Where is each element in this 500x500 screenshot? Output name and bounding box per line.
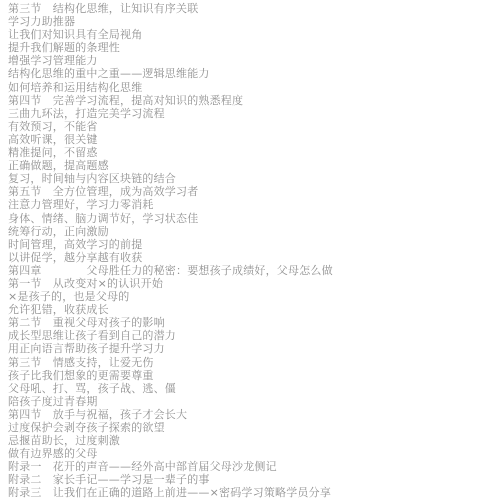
toc-line: 身体、情绪、脑力调节好，学习状态佳: [8, 212, 494, 225]
toc-line: 正确做题，提高题感: [8, 159, 494, 172]
toc-line: 用正向语言帮助孩子提升学习力: [8, 342, 494, 355]
toc-line: 有效预习，不能省: [8, 120, 494, 133]
toc-line: 统筹行动，正向激励: [8, 225, 494, 238]
toc-line: 第三节 情感支持，让爱无伤: [8, 356, 494, 369]
toc-line: 附录三 让我们在正确的道路上前进——×密码学习策略学员分享: [8, 486, 494, 499]
table-of-contents: 第三节 结构化思维，让知识有序关联学习力助推器让我们对知识具有全局视角提升我们解…: [0, 0, 500, 500]
toc-line: 时间管理，高效学习的前提: [8, 238, 494, 251]
toc-line: 三曲九环法，打造完美学习流程: [8, 107, 494, 120]
toc-line: ×是孩子的，也是父母的: [8, 290, 494, 303]
toc-line: 父母吼、打、骂，孩子战、逃、僵: [8, 382, 494, 395]
toc-line: 忌揠苗助长，过度刺激: [8, 434, 494, 447]
toc-line: 第四节 完善学习流程，提高对知识的熟悉程度: [8, 94, 494, 107]
toc-line: 结构化思维的重中之重——逻辑思维能力: [8, 67, 494, 80]
toc-line: 附录二 家长手记——学习是一辈子的事: [8, 473, 494, 486]
toc-line: 第二节 重视父母对孩子的影响: [8, 316, 494, 329]
toc-line: 第四节 放手与祝福，孩子才会长大: [8, 408, 494, 421]
toc-line: 精准提问，不留惑: [8, 146, 494, 159]
toc-line: 复习，时间轴与内容区块链的结合: [8, 172, 494, 185]
toc-line: 附录一 花开的声音——经外高中部首届父母沙龙侧记: [8, 460, 494, 473]
toc-line: 让我们对知识具有全局视角: [8, 28, 494, 41]
toc-line: 第五节 全方位管理，成为高效学习者: [8, 185, 494, 198]
toc-line: 增强学习管理能力: [8, 54, 494, 67]
toc-line: 第三节 结构化思维，让知识有序关联: [8, 2, 494, 15]
toc-line: 如何培养和运用结构化思维: [8, 81, 494, 94]
document-page: 第三节 结构化思维，让知识有序关联学习力助推器让我们对知识具有全局视角提升我们解…: [0, 0, 500, 500]
toc-line: 过度保护会剥夺孩子探索的欲望: [8, 421, 494, 434]
toc-line: 陪孩子度过青春期: [8, 395, 494, 408]
toc-line: 注意力管理好，学习力零消耗: [8, 198, 494, 211]
toc-line: 成长型思维让孩子看到自己的潜力: [8, 329, 494, 342]
toc-line: 第一节 从改变对×的认识开始: [8, 277, 494, 290]
toc-line: 高效听课，很关键: [8, 133, 494, 146]
toc-line: 做有边界感的父母: [8, 447, 494, 460]
toc-line: 孩子比我们想象的更需要尊重: [8, 369, 494, 382]
toc-line: 以讲促学，越分享越有收获: [8, 251, 494, 264]
toc-line: 允许犯错，收获成长: [8, 303, 494, 316]
toc-line: 学习力助推器: [8, 15, 494, 28]
toc-line: 提升我们解题的条理性: [8, 41, 494, 54]
toc-line: 第四章 父母胜任力的秘密：要想孩子成绩好，父母怎么做: [8, 264, 494, 277]
